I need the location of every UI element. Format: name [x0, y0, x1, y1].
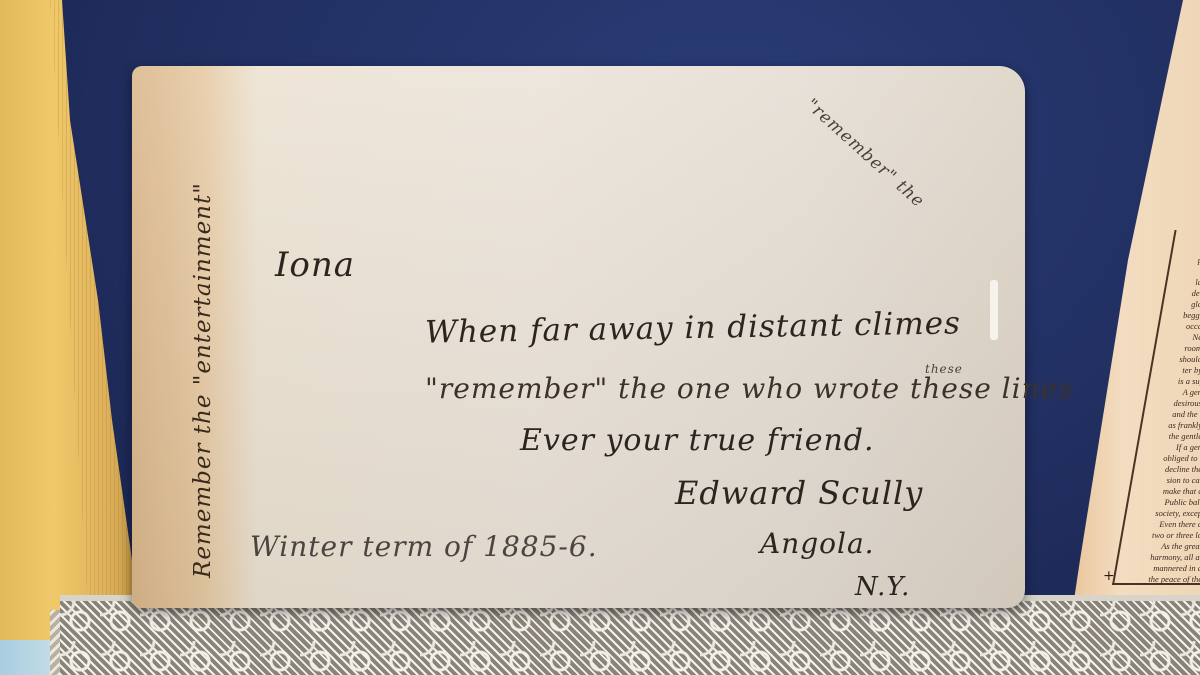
card-verse-line-2: "remember" the one who wrote these lines — [425, 372, 1074, 405]
card-state: N.Y. — [855, 572, 910, 602]
card-signature: Edward Scully — [675, 474, 923, 512]
printed-corner-ornament-icon: + — [1103, 568, 1143, 598]
printed-page-text: p la del gla beggi occa Ne room should t… — [1130, 255, 1200, 585]
card-salutation: Iona — [275, 245, 355, 285]
card-term-date: Winter term of 1885-6. — [250, 530, 598, 563]
card-vertical-note: Remember the "entertainment" — [190, 182, 216, 578]
card-torn-edge — [990, 280, 998, 340]
card-closing: Ever your true friend. — [520, 423, 875, 458]
card-place: Angola. — [760, 527, 875, 560]
